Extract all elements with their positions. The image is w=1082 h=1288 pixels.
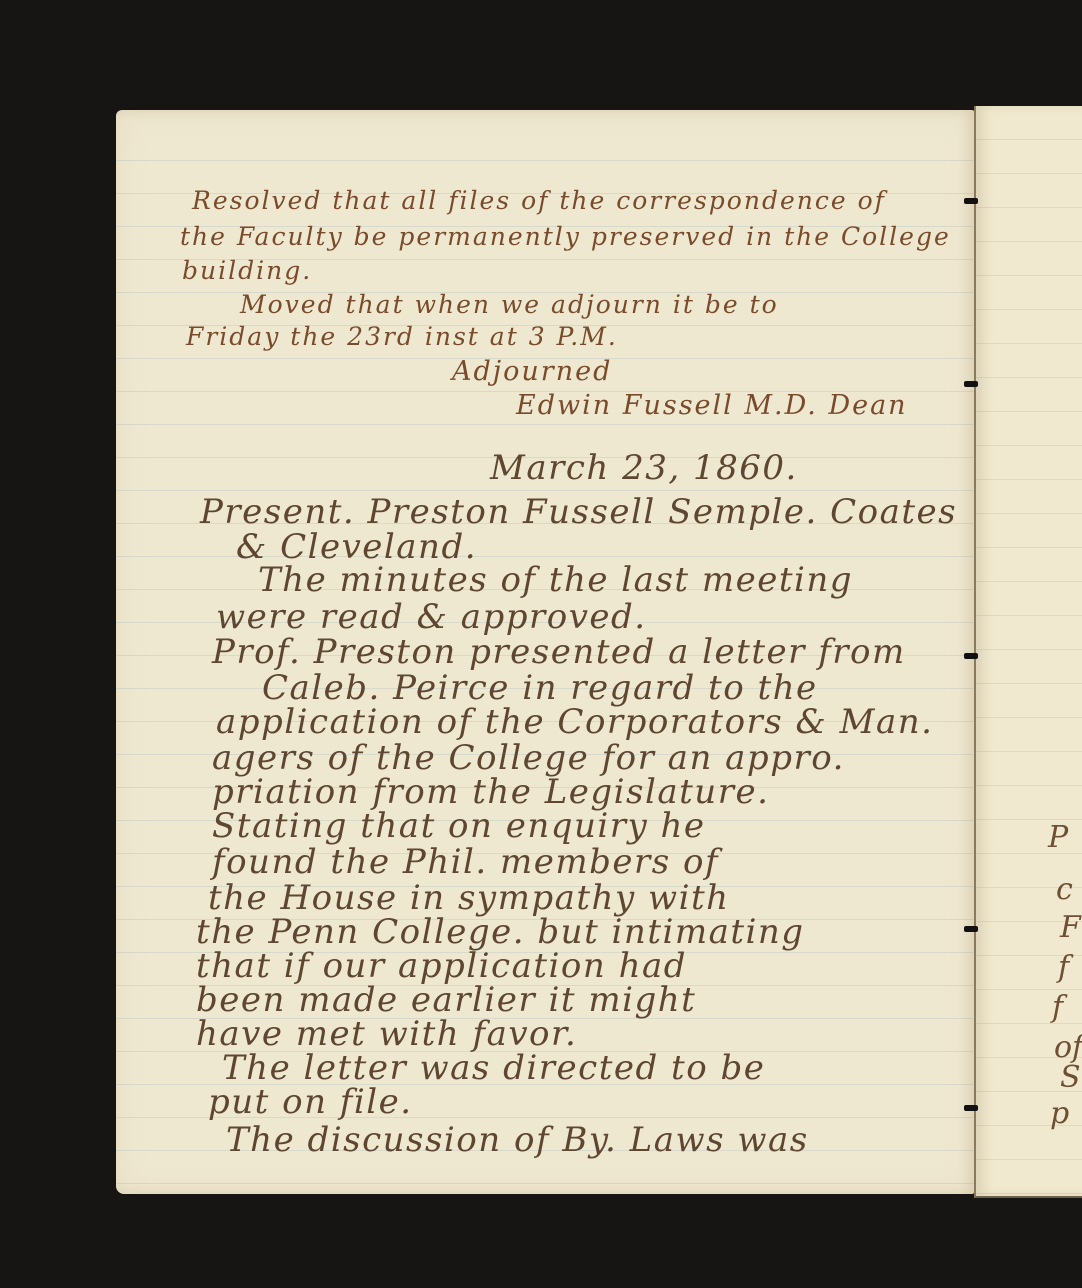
scan-stage: Resolved that all files of the correspon…	[0, 0, 1082, 1288]
minutes-line: The minutes of the last meeting	[258, 560, 853, 600]
minutes-line: Resolved that all files of the correspon…	[192, 186, 886, 215]
signature: Edwin Fussell M.D. Dean	[516, 390, 908, 421]
minutes-line: building.	[182, 256, 312, 285]
right-page-fragment: P	[1048, 820, 1068, 855]
adjourned-text: Adjourned	[452, 356, 612, 387]
minutes-line: put on file.	[208, 1082, 413, 1122]
date-heading: March 23, 1860.	[490, 448, 798, 488]
minutes-line: the Faculty be permanently preserved in …	[180, 222, 951, 251]
right-page-fragment: c	[1056, 872, 1073, 907]
minutes-line: Present. Preston Fussell Semple. Coates	[200, 492, 957, 532]
binding-stitch	[964, 198, 978, 204]
minutes-line: found the Phil. members of	[212, 842, 719, 882]
binding-stitch	[964, 381, 978, 387]
minutes-line: Friday the 23rd inst at 3 P.M.	[186, 322, 618, 351]
minutes-line: Moved that when we adjourn it be to	[240, 290, 779, 319]
minutes-line: Prof. Preston presented a letter from	[212, 632, 906, 672]
minutes-line: Stating that on enquiry he	[212, 806, 706, 846]
minutes-line: application of the Corporators & Man.	[216, 702, 933, 742]
right-page-fragment: p	[1050, 1096, 1069, 1131]
right-page-fragment: f	[1052, 990, 1063, 1025]
binding-stitch	[964, 1105, 978, 1111]
minutes-line: The discussion of By. Laws was	[226, 1120, 809, 1160]
minutes-line: were read & approved.	[216, 597, 647, 637]
right-page-fragment: f	[1058, 950, 1069, 985]
right-page-fragment: F	[1060, 910, 1081, 945]
right-page-fragment: S	[1060, 1060, 1081, 1095]
binding-stitch	[964, 926, 978, 932]
binding-stitch	[964, 653, 978, 659]
